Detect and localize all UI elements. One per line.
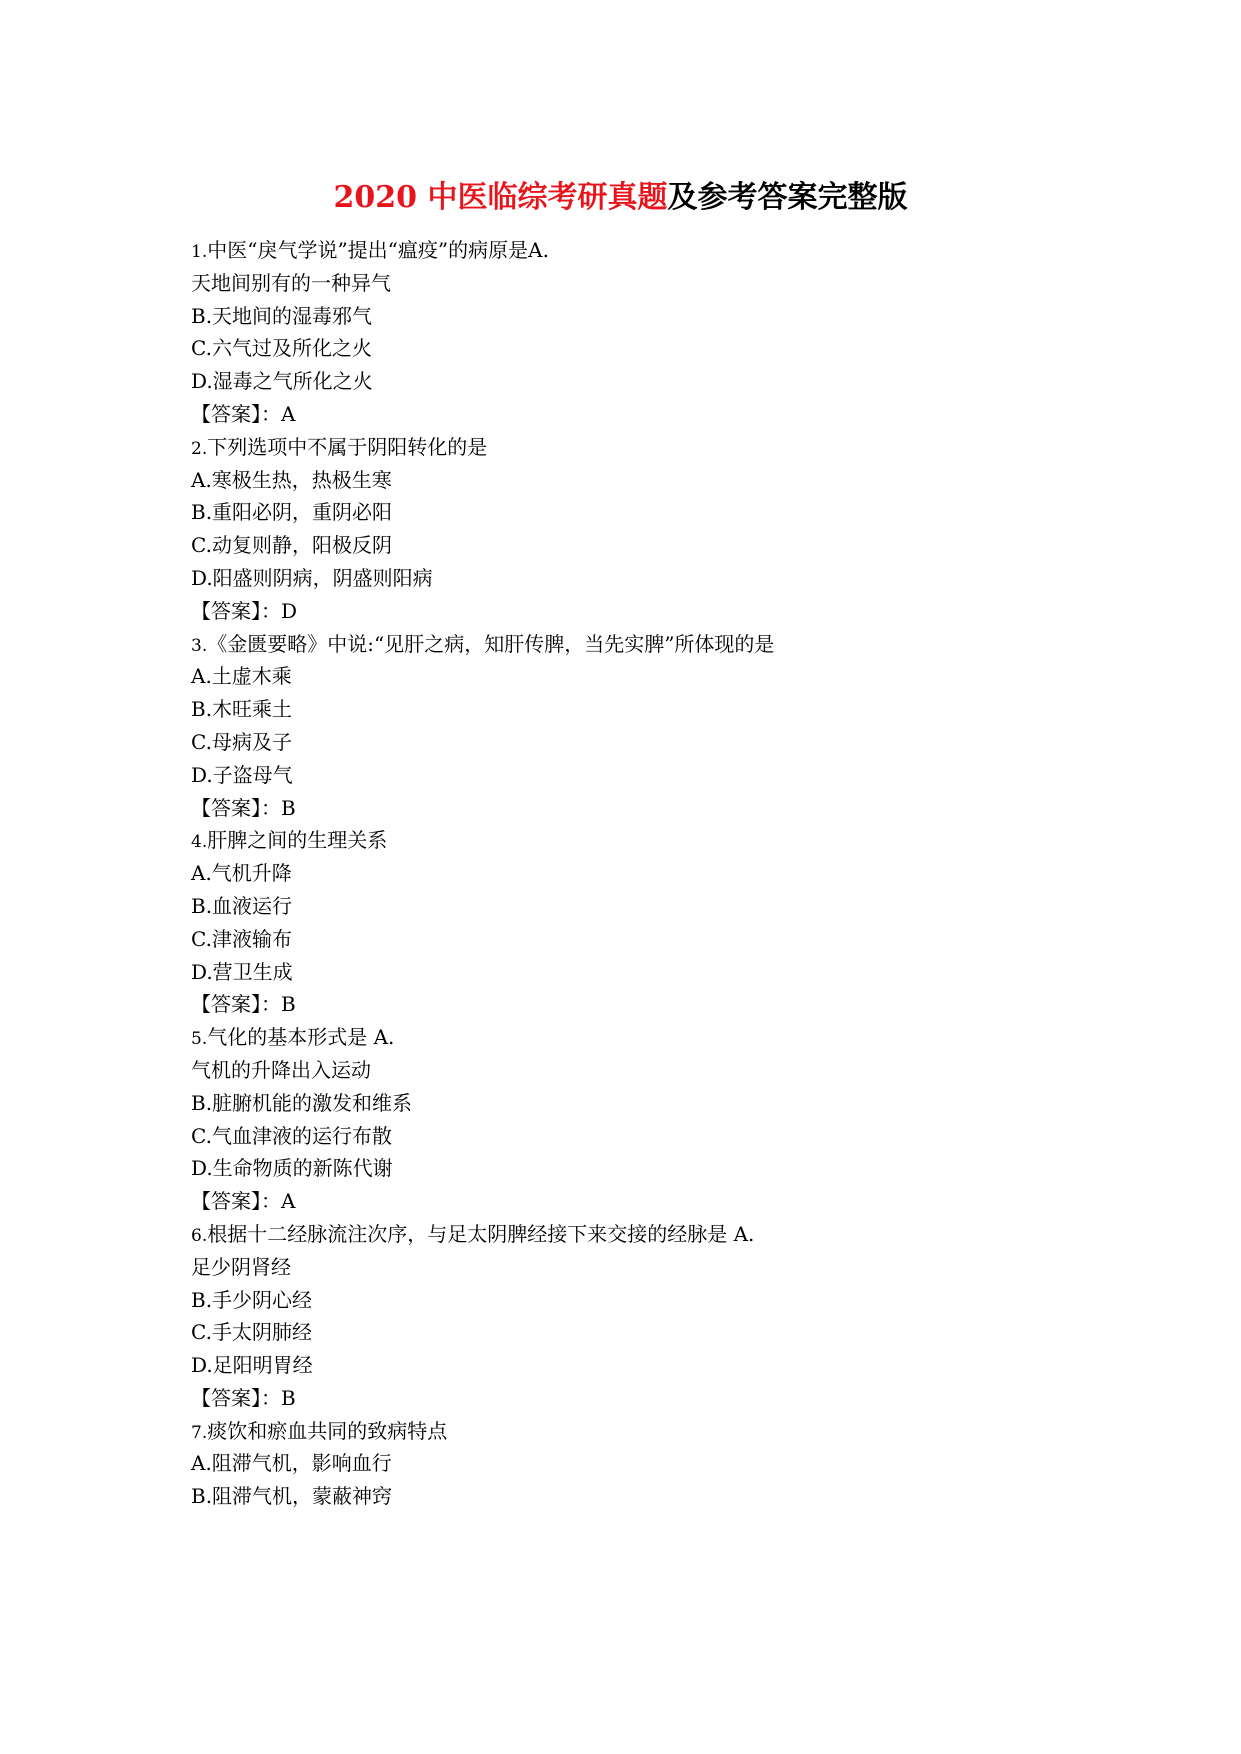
question-number: 6. (191, 1226, 207, 1246)
option: B.脏腑机能的激发和维系 (191, 1087, 1071, 1120)
question-list: 1.中医“戾气学说”提出“瘟疫”的病原是A. 天地间别有的一种异气 B.天地间的… (191, 234, 1071, 1513)
option: C.手太阴肺经 (191, 1316, 1071, 1349)
question-number: 4. (191, 832, 207, 852)
document-title: 2020 中医临综考研真题及参考答案完整版 (0, 178, 1241, 218)
option: C.气血津液的运行布散 (191, 1120, 1071, 1153)
question-text: 痰饮和瘀血共同的致病特点 (207, 1419, 447, 1443)
option: B.木旺乘土 (191, 693, 1071, 726)
question-number: 7. (191, 1423, 207, 1443)
answer: 【答案】：D (191, 595, 1071, 628)
option: B.阻滞气机，蒙蔽神窍 (191, 1480, 1071, 1513)
title-black-part: 及参考答案完整版 (667, 180, 907, 215)
question-number: 5. (191, 1029, 207, 1049)
question-stem: 4.肝脾之间的生理关系 (191, 824, 1071, 857)
title-red-part: 2020 中医临综考研真题 (334, 180, 668, 215)
option: D.生命物质的新陈代谢 (191, 1152, 1071, 1185)
option: C.六气过及所化之火 (191, 332, 1071, 365)
option: D.阳盛则阴病，阴盛则阳病 (191, 562, 1071, 595)
question-stem: 6.根据十二经脉流注次序，与足太阴脾经接下来交接的经脉是 A. (191, 1218, 1071, 1251)
option: D.子盗母气 (191, 759, 1071, 792)
answer: 【答案】：B (191, 792, 1071, 825)
question-stem: 2.下列选项中不属于阴阳转化的是 (191, 431, 1071, 464)
option: B.天地间的湿毒邪气 (191, 300, 1071, 333)
option: A.土虚木乘 (191, 660, 1071, 693)
question-text: 《金匮要略》中说:“见肝之病，知肝传脾，当先实脾”所体现的是 (207, 632, 774, 656)
question-text: 下列选项中不属于阴阳转化的是 (207, 435, 487, 459)
question-number: 2. (191, 439, 207, 459)
option: A.寒极生热，热极生寒 (191, 464, 1071, 497)
option: 天地间别有的一种异气 (191, 267, 1071, 300)
option: B.重阳必阴，重阴必阳 (191, 496, 1071, 529)
question-text: 肝脾之间的生理关系 (207, 828, 387, 852)
option: D.湿毒之气所化之火 (191, 365, 1071, 398)
question-text: 中医“戾气学说”提出“瘟疫”的病原是A. (207, 238, 549, 262)
option: C.母病及子 (191, 726, 1071, 759)
answer: 【答案】：B (191, 1382, 1071, 1415)
question-stem: 7.痰饮和瘀血共同的致病特点 (191, 1415, 1071, 1448)
answer: 【答案】：B (191, 988, 1071, 1021)
answer: 【答案】：A (191, 1185, 1071, 1218)
option: B.血液运行 (191, 890, 1071, 923)
option: C.动复则静，阳极反阴 (191, 529, 1071, 562)
question-stem: 1.中医“戾气学说”提出“瘟疫”的病原是A. (191, 234, 1071, 267)
question-text: 气化的基本形式是 A. (207, 1025, 394, 1049)
question-number: 1. (191, 242, 207, 262)
question-text: 根据十二经脉流注次序，与足太阴脾经接下来交接的经脉是 A. (207, 1222, 754, 1246)
document-page: 2020 中医临综考研真题及参考答案完整版 1.中医“戾气学说”提出“瘟疫”的病… (0, 0, 1241, 1754)
option: 足少阴肾经 (191, 1251, 1071, 1284)
option: D.营卫生成 (191, 956, 1071, 989)
option: C.津液输布 (191, 923, 1071, 956)
question-stem: 3.《金匮要略》中说:“见肝之病，知肝传脾，当先实脾”所体现的是 (191, 628, 1071, 661)
option: A.阻滞气机，影响血行 (191, 1447, 1071, 1480)
question-number: 3. (191, 636, 207, 656)
option: 气机的升降出入运动 (191, 1054, 1071, 1087)
question-stem: 5.气化的基本形式是 A. (191, 1021, 1071, 1054)
option: D.足阳明胃经 (191, 1349, 1071, 1382)
option: A.气机升降 (191, 857, 1071, 890)
answer: 【答案】：A (191, 398, 1071, 431)
option: B.手少阴心经 (191, 1284, 1071, 1317)
